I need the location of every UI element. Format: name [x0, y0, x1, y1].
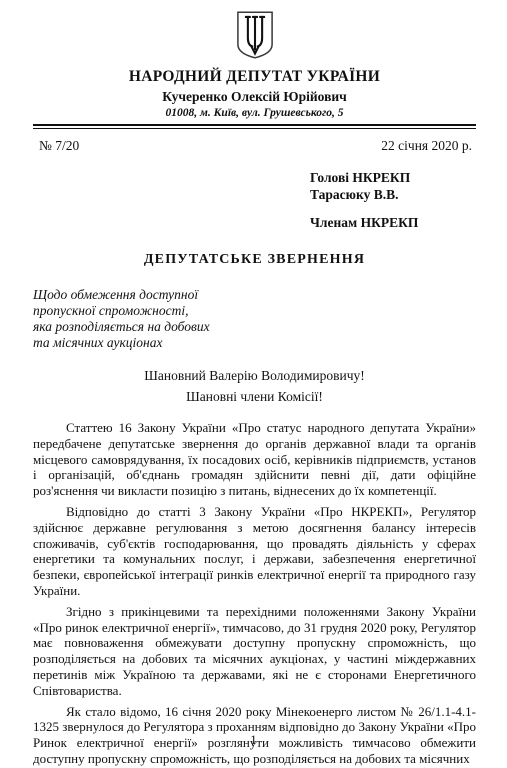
body-paragraph: Статтею 16 Закону України «Про статус на…	[33, 420, 476, 499]
ukraine-coat-of-arms-icon	[236, 10, 274, 60]
body-paragraph: Згідно з прикінцевими та перехідними пол…	[33, 604, 476, 699]
subject-line: пропускної спроможності,	[33, 303, 476, 319]
addressee-name: Тарасюку В.В.	[310, 186, 476, 203]
page-number: 1	[0, 732, 507, 748]
document-meta-row: № 7/20 22 січня 2020 р.	[33, 138, 476, 154]
deputy-address: 01008, м. Київ, вул. Грушевського, 5	[33, 107, 476, 119]
letterhead: НАРОДНИЙ ДЕПУТАТ УКРАЇНИ Кучеренко Олекс…	[33, 10, 476, 119]
organization-title: НАРОДНИЙ ДЕПУТАТ УКРАЇНИ	[33, 68, 476, 86]
deputy-appeal-document-page: НАРОДНИЙ ДЕПУТАТ УКРАЇНИ Кучеренко Олекс…	[0, 0, 507, 768]
document-body: Статтею 16 Закону України «Про статус на…	[33, 420, 476, 767]
body-paragraph: Відповідно до статті 3 Закону України «П…	[33, 504, 476, 599]
document-title: ДЕПУТАТСЬКЕ ЗВЕРНЕННЯ	[33, 252, 476, 268]
greeting-line: Шановний Валерію Володимировичу!	[33, 366, 476, 387]
greeting-block: Шановний Валерію Володимировичу! Шановні…	[33, 366, 476, 407]
document-number: № 7/20	[39, 138, 79, 154]
subject-line: Щодо обмеження доступної	[33, 287, 476, 303]
addressee-members: Членам НКРЕКП	[310, 214, 476, 231]
deputy-name: Кучеренко Олексій Юрійович	[33, 89, 476, 105]
subject-line: та місячних аукціонах	[33, 335, 476, 351]
addressee-block: Голові НКРЕКП Тарасюку В.В. Членам НКРЕК…	[310, 169, 476, 231]
greeting-line: Шановні члени Комісії!	[33, 387, 476, 408]
subject-block: Щодо обмеження доступної пропускної спро…	[33, 287, 476, 351]
document-date: 22 січня 2020 р.	[381, 138, 472, 154]
letterhead-divider	[33, 124, 476, 129]
subject-line: яка розподіляється на добових	[33, 319, 476, 335]
addressee-position: Голові НКРЕКП	[310, 169, 476, 186]
